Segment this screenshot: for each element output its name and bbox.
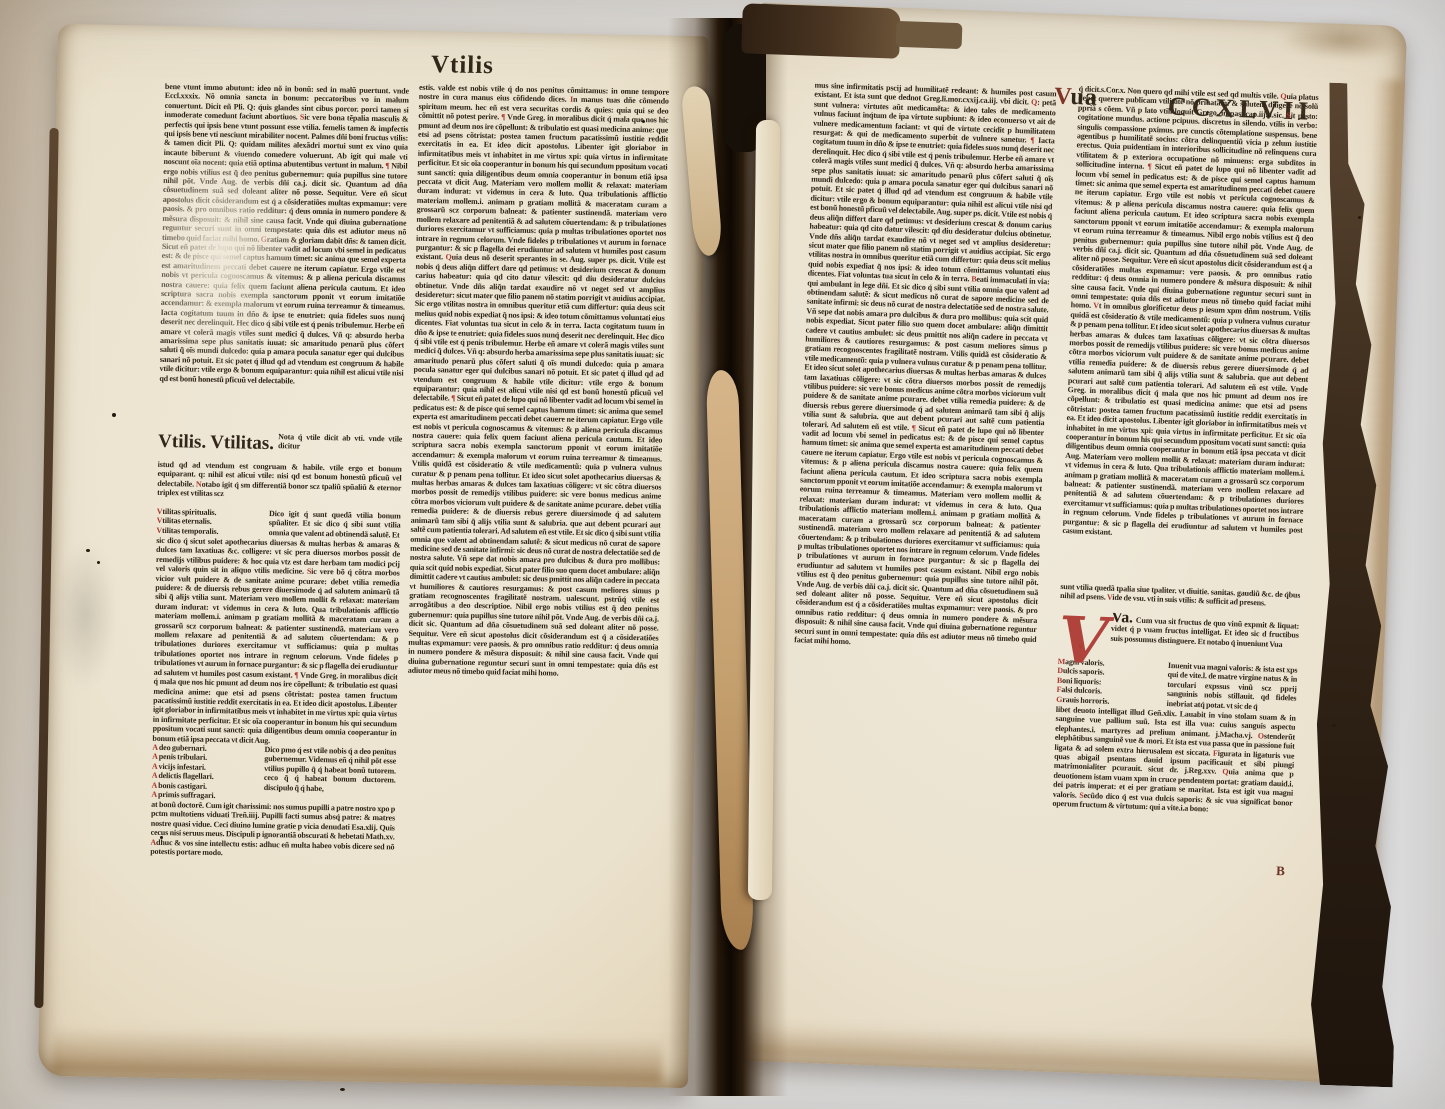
wormhole xyxy=(97,561,100,564)
running-head-left: Vtilis xyxy=(377,50,548,81)
right-column-2: q́ dicit.s.Cor.x. Non quero qd mihi vtil… xyxy=(1049,84,1319,904)
wormhole xyxy=(1358,216,1361,219)
text-block: mus sine infirmitatis pscij ad humilitat… xyxy=(785,81,1056,889)
vua-opening-text: Cum vua sit fructus de quo vinũ expmit &… xyxy=(1110,616,1299,649)
bottom-edge-stain xyxy=(731,1020,1332,1076)
rubricated-section-heading: Vtilis. Vtilitas. xyxy=(158,430,274,456)
book-photograph: Vtilis bene vtunt immo abutunt: ideo nõ … xyxy=(0,0,1445,1109)
wormhole xyxy=(340,1088,345,1091)
left-page: Vtilis bene vtunt immo abutunt: ideo nõ … xyxy=(38,24,708,1088)
quire-signature: B xyxy=(1276,864,1285,877)
a-deo-list: A deo gubernari.A penis tribulari.A vici… xyxy=(151,743,396,805)
bottom-edge-stain xyxy=(52,1026,663,1084)
right-page: Vua CCXLVII mus sine infirmitatis pscij … xyxy=(721,2,1407,1083)
wormhole xyxy=(86,549,90,552)
text-block: bene vtunt immo abutunt: ideo nõ in bonũ… xyxy=(158,82,409,435)
text-block: istud qd ad vtendum est congruam & habil… xyxy=(157,460,402,512)
text-block: sic dico q́ sicut solet apothecarius diu… xyxy=(152,536,400,748)
gray-smudge xyxy=(51,540,118,691)
text-block: q́ dicit.s.Cor.x. Non quero qd mihi vtil… xyxy=(1061,84,1319,590)
text-block: estis. valde est nobis vtile q́ do nos p… xyxy=(403,83,669,918)
right-column-1: mus sine infirmitatis pscij ad humilitat… xyxy=(785,81,1056,889)
vua-section: V v Va.Cum vua sit fructus de quo vinũ e… xyxy=(1056,611,1299,714)
spine-damage-light xyxy=(896,21,963,49)
left-column-2: estis. valde est nobis vtile q́ do nos p… xyxy=(403,83,669,918)
text-block: at bonũ doctorẽ. Cum igit charissimi: no… xyxy=(150,800,395,881)
wormhole xyxy=(642,120,645,123)
guide-letter: v xyxy=(1078,642,1083,652)
wormhole xyxy=(1332,724,1336,727)
top-edge-stain xyxy=(1278,18,1409,63)
text-block: libet deuoto intelligat illud Geñ.xlix. … xyxy=(1050,705,1296,872)
wormhole xyxy=(160,836,163,839)
utilitas-list: Vtilitas spiritualis.Vtilitas eternalis.… xyxy=(156,507,401,541)
spine-damage-dark xyxy=(741,3,901,58)
left-column-1: bene vtunt immo abutunt: ideo nõ in bonũ… xyxy=(149,82,409,919)
heading-side-text: Nota q́ vtile dicit ab vti. vnde vtile d… xyxy=(278,432,402,454)
wormhole xyxy=(112,413,116,417)
section-heading-row: Vtilis. Vtilitas. Nota q́ vtile dicit ab… xyxy=(158,430,403,465)
